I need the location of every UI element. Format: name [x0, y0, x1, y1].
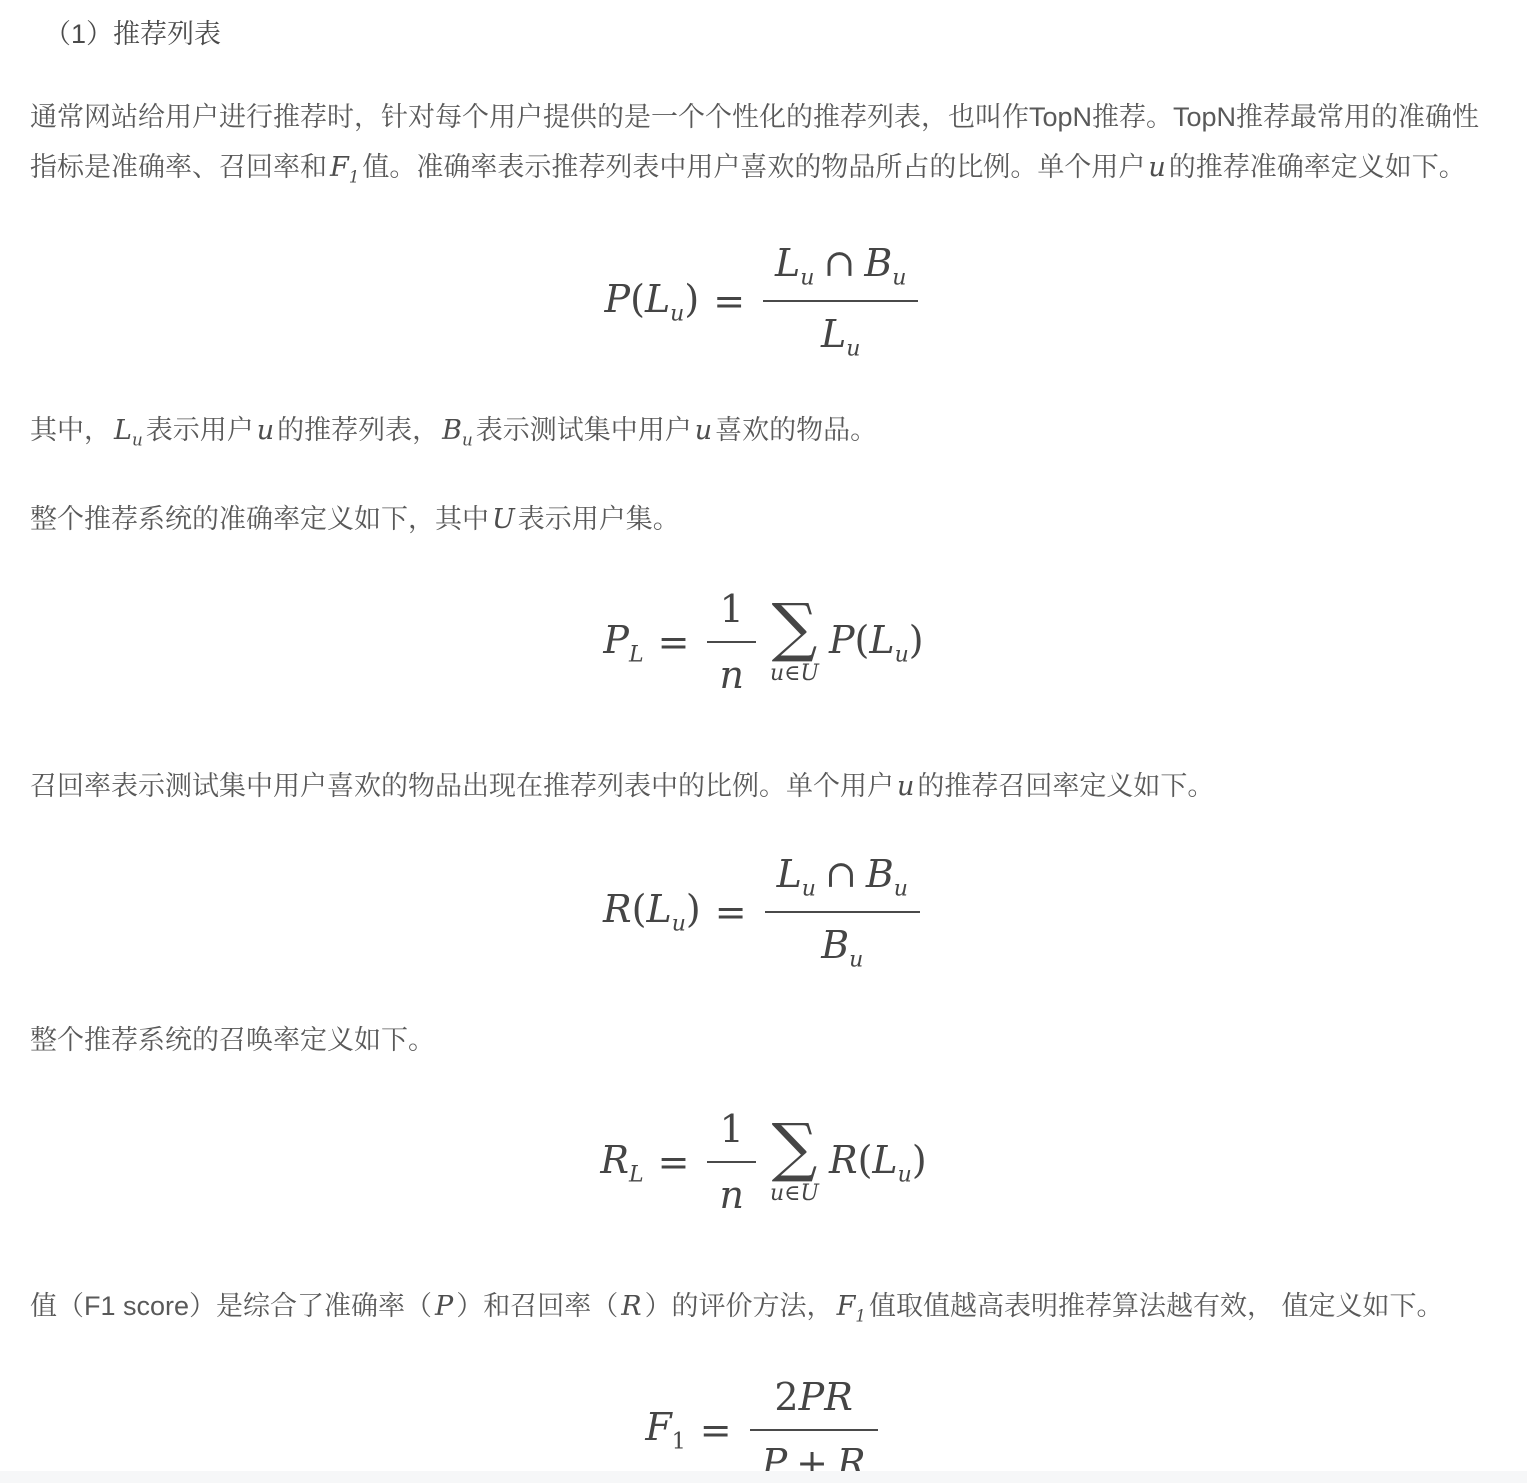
paren-open: (	[858, 1138, 873, 1182]
math-token: L	[872, 1138, 897, 1182]
fraction-numerator: 1	[707, 1107, 755, 1161]
paragraph-intro: 通常网站给用户进行推荐时，针对每个用户提供的是一个个性化的推荐列表，也叫作Top…	[30, 92, 1497, 201]
inline-math: F1	[834, 1291, 869, 1322]
inline-math: u	[894, 771, 917, 802]
intersection-symbol: ∩	[814, 241, 864, 285]
inline-math: u	[254, 415, 277, 446]
paragraph-system-precision-intro: 整个推荐系统的准确率定义如下，其中U表示用户集。	[30, 494, 1497, 545]
math-subscript: u	[894, 877, 908, 902]
math-token: L	[645, 277, 670, 321]
paragraph-system-recall-intro: 整个推荐系统的召唤率定义如下。	[30, 1015, 1497, 1065]
formula-lhs: PL	[603, 618, 643, 667]
math-subscript: u	[670, 301, 684, 326]
formula-user-precision: P(Lu)=Lu∩BuLu	[30, 241, 1497, 360]
math-token: B	[821, 923, 849, 967]
math-subscript: u	[800, 266, 814, 291]
math-token: 2	[774, 1375, 798, 1419]
paren-close: )	[684, 277, 699, 321]
math-token: R	[829, 1138, 858, 1182]
paren-close: )	[686, 887, 701, 931]
math-token: L	[777, 852, 802, 896]
paren-open: (	[632, 887, 647, 931]
math-token: L	[646, 887, 671, 931]
math-token: B	[864, 241, 892, 285]
math-token: P	[605, 277, 631, 321]
fraction-numerator: 2PR	[750, 1375, 878, 1429]
paragraph-f1-intro: 值（F1 score）是综合了准确率（P）和召回率（R）的评价方法，F1值取值越…	[30, 1281, 1497, 1340]
document-page: （1）推荐列表 通常网站给用户进行推荐时，针对每个用户提供的是一个个性化的推荐列…	[0, 0, 1527, 1483]
fraction: 1n	[707, 587, 755, 697]
inline-math: R	[618, 1291, 644, 1322]
math-token: P	[829, 618, 855, 662]
formula-lhs: R(Lu)	[603, 887, 701, 936]
fraction: Lu∩BuLu	[763, 241, 918, 360]
fraction-denominator: n	[707, 641, 755, 697]
sigma-symbol: ∑	[770, 1119, 819, 1177]
formula-f1: F1=2PRP+R	[30, 1375, 1497, 1483]
math-token: F	[645, 1405, 671, 1449]
formula-system-recall: RL=1n∑u∈UR(Lu)	[30, 1107, 1497, 1217]
equals-sign: =	[701, 890, 761, 934]
fraction-denominator: Bu	[765, 911, 920, 972]
formula-user-recall: R(Lu)=Lu∩BuBu	[30, 852, 1497, 971]
summation: ∑u∈U	[770, 1119, 819, 1206]
intersection-symbol: ∩	[816, 852, 866, 896]
sum-limits: u∈U	[770, 1181, 819, 1206]
fraction: Lu∩BuBu	[765, 852, 920, 971]
math-subscript: u	[846, 337, 860, 362]
math-subscript: u	[849, 947, 863, 972]
paren-close: )	[909, 618, 924, 662]
math-subscript: u	[672, 912, 686, 937]
math-subscript: u	[895, 642, 909, 667]
fraction: 2PRP+R	[750, 1375, 878, 1483]
summation: ∑u∈U	[770, 599, 819, 686]
math-token: P	[799, 1375, 825, 1419]
paren-open: (	[855, 618, 870, 662]
equals-sign: =	[644, 620, 704, 664]
paren-close: )	[912, 1138, 927, 1182]
inline-math: Bu	[439, 415, 476, 446]
formula-lhs: P(Lu)	[605, 277, 700, 326]
page-bottom-strip	[0, 1471, 1527, 1483]
math-subscript: 1	[672, 1430, 686, 1455]
sum-limits: u∈U	[770, 661, 819, 686]
inline-math: u	[692, 415, 715, 446]
formula-lhs: F1	[645, 1405, 685, 1454]
math-subscript: L	[629, 1163, 644, 1188]
math-token: R	[603, 887, 632, 931]
equals-sign: =	[686, 1408, 746, 1452]
math-token: L	[775, 241, 800, 285]
math-subscript: u	[802, 877, 816, 902]
inline-math: u	[1145, 152, 1168, 183]
fraction-numerator: 1	[707, 587, 755, 641]
fraction-denominator: n	[707, 1161, 755, 1217]
math-token: L	[869, 618, 894, 662]
equals-sign: =	[644, 1140, 704, 1184]
math-token: R	[824, 1375, 853, 1419]
math-subscript: u	[892, 266, 906, 291]
paragraph-where-definitions: 其中，Lu表示用户u的推荐列表，Bu表示测试集中用户u喜欢的物品。	[30, 405, 1497, 464]
math-subscript: L	[629, 642, 644, 667]
equals-sign: =	[699, 279, 759, 323]
inline-math: P	[432, 1291, 456, 1322]
paragraph-recall-intro: 召回率表示测试集中用户喜欢的物品出现在推荐列表中的比例。单个用户u的推荐召回率定…	[30, 761, 1497, 812]
formula-rhs: P(Lu)	[829, 618, 924, 667]
fraction-numerator: Lu∩Bu	[763, 241, 918, 300]
formula-lhs: RL	[600, 1138, 643, 1187]
math-subscript: u	[898, 1163, 912, 1188]
paren-open: (	[630, 277, 645, 321]
math-token: P	[603, 618, 629, 662]
formula-system-precision: PL=1n∑u∈UP(Lu)	[30, 587, 1497, 697]
inline-math: F1	[327, 152, 362, 183]
fraction: 1n	[707, 1107, 755, 1217]
inline-math: U	[489, 504, 518, 535]
fraction-denominator: Lu	[763, 300, 918, 361]
formula-rhs: R(Lu)	[829, 1138, 927, 1187]
math-token: R	[600, 1138, 629, 1182]
inline-math: Lu	[111, 415, 146, 446]
sigma-symbol: ∑	[770, 599, 819, 657]
section-heading: （1）推荐列表	[44, 16, 1497, 52]
math-token: L	[821, 312, 846, 356]
fraction-numerator: Lu∩Bu	[765, 852, 920, 911]
math-token: B	[866, 852, 894, 896]
